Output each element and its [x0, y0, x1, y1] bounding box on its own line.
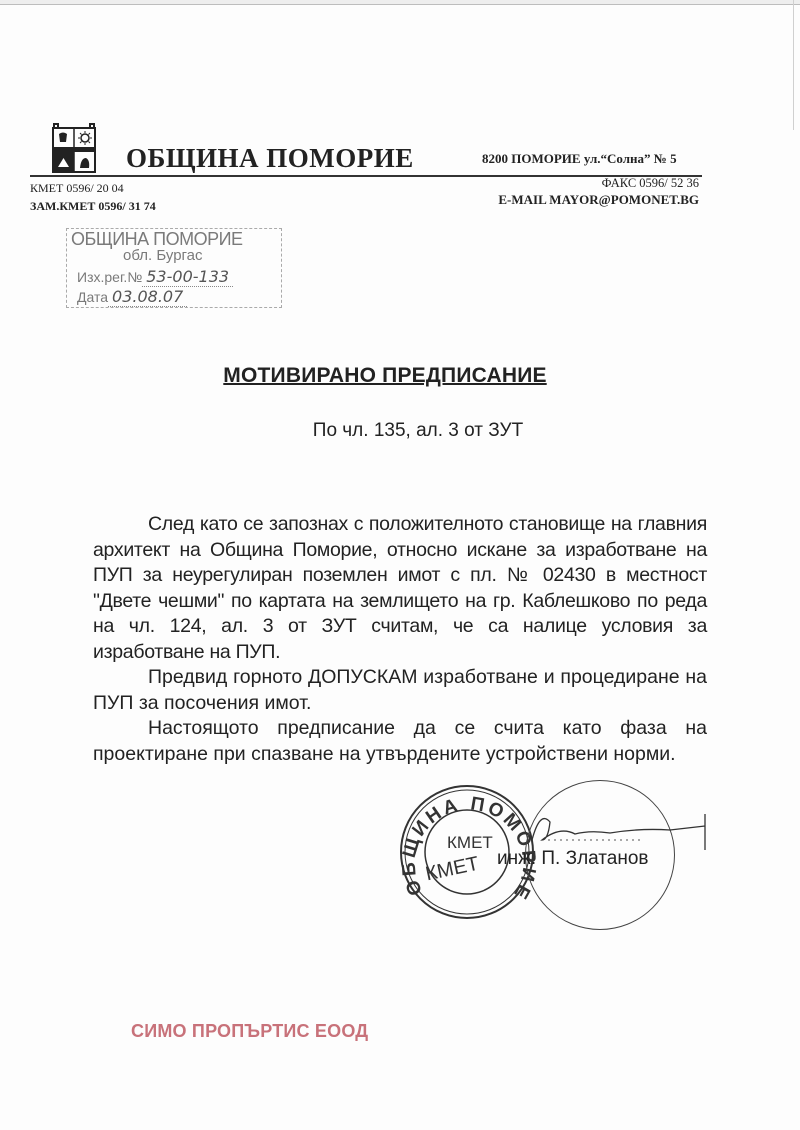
document-subtitle-row: По чл. 135, ал. 3 от ЗУТ: [0, 420, 800, 442]
date-label: Дата: [77, 289, 108, 305]
stamp-date: Дата03.08.07: [77, 287, 187, 306]
document-title: МОТИВИРАНО ПРЕДПИСАНИЕ: [223, 364, 546, 387]
municipal-coat-of-arms-icon: [50, 122, 98, 174]
seal-inner-text: КМЕТ: [424, 853, 481, 886]
paragraph: Настоящото предписание да се счита като …: [93, 716, 707, 767]
fax-number: ФАКС 0596/ 52 36: [602, 176, 699, 191]
document-subtitle: По чл. 135, ал. 3 от ЗУТ: [313, 420, 523, 441]
address: 8200 ПОМОРИЕ ул.“Солна” № 5: [482, 151, 677, 167]
watermark: СИМО ПРОПЪРТИС ЕООД: [131, 1021, 368, 1042]
seal-inner-text: КМЕТ: [447, 833, 493, 852]
scan-edge: [793, 0, 794, 130]
stamp-outgoing-number: Изх.рег.№53-00-133: [77, 267, 233, 286]
document-body: След като се запознах с положителното ст…: [93, 512, 707, 767]
phone-deputy-mayor: ЗАМ.КМЕТ 0596/ 31 74: [30, 199, 156, 214]
signer-name: инж. П. Златанов: [497, 848, 649, 870]
date-value: 03.08.07: [108, 287, 187, 307]
email-address: E-MAIL MAYOR@POMONET.BG: [498, 192, 699, 208]
document-title-row: МОТИВИРАНО ПРЕДПИСАНИЕ: [0, 364, 800, 388]
paragraph: След като се запознах с положителното ст…: [93, 512, 707, 665]
stamp-region: обл. Бургас: [123, 247, 203, 264]
phone-mayor: КМЕТ 0596/ 20 04: [30, 181, 124, 196]
out-no-value: 53-00-133: [142, 267, 233, 287]
org-name: ОБЩИНА ПОМОРИЕ: [126, 143, 414, 174]
scan-edge: [0, 0, 800, 5]
registration-stamp: ОБЩИНА ПОМОРИЕ обл. Бургас Изх.рег.№53-0…: [66, 228, 282, 308]
out-no-label: Изх.рег.№: [77, 269, 142, 285]
paragraph: Предвид горното ДОПУСКАМ изработване и п…: [93, 665, 707, 716]
